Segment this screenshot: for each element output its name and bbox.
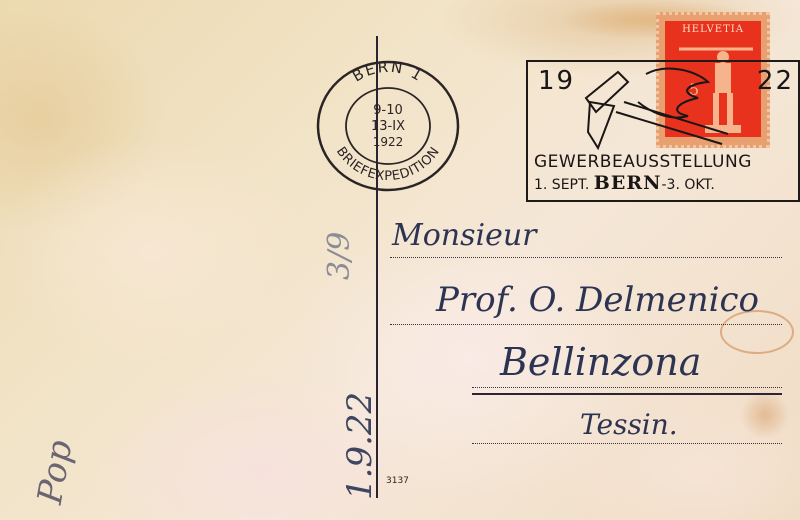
- stain: [740, 390, 790, 440]
- address-recipient: Prof. O. Delmenico: [436, 280, 759, 320]
- address-line-2: [390, 324, 782, 325]
- svg-text:13-IX: 13-IX: [371, 119, 405, 134]
- postmark-ring-icon: BERN 1 BRIEFEXPEDITION 9-10 13-IX 1922: [312, 58, 464, 194]
- cancel-exhibition-name: GEWERBEAUSSTELLUNG: [534, 152, 752, 172]
- round-postmark: BERN 1 BRIEFEXPEDITION 9-10 13-IX 1922: [312, 58, 464, 194]
- postcard-back: 3137 BERN 1 BRIEFEXPEDITION 9-10 13-IX 1…: [0, 0, 800, 520]
- svg-text:1922: 1922: [373, 135, 404, 149]
- svg-text:BERN 1: BERN 1: [349, 58, 427, 86]
- pencil-fraction: 3/9: [322, 232, 357, 280]
- cancel-city: BERN: [594, 172, 662, 194]
- address-salutation: Monsieur: [392, 218, 537, 253]
- winged-hammer-icon: [528, 62, 798, 152]
- printer-number: 3137: [386, 476, 409, 486]
- pencil-date-vertical: 1.9.22: [340, 392, 380, 500]
- svg-text:9-10: 9-10: [373, 103, 403, 118]
- address-line-4: [472, 443, 782, 444]
- address-city: Bellinzona: [500, 340, 701, 384]
- pencil-margin-note: Pop: [30, 437, 80, 507]
- address-canton: Tessin.: [580, 408, 678, 441]
- machine-cancellation: 19 22 GEWERBEAUSSTELLUNG 1. SEPT. BERN-3…: [526, 60, 800, 202]
- cancel-dates: 1. SEPT. BERN-3. OKT.: [534, 172, 715, 194]
- cancel-end-date: -3. OKT.: [661, 177, 714, 193]
- cancel-start-date: 1. SEPT.: [534, 177, 589, 193]
- address-line-3: [472, 387, 782, 388]
- address-line-1: [390, 257, 782, 258]
- address-underline: [472, 393, 782, 395]
